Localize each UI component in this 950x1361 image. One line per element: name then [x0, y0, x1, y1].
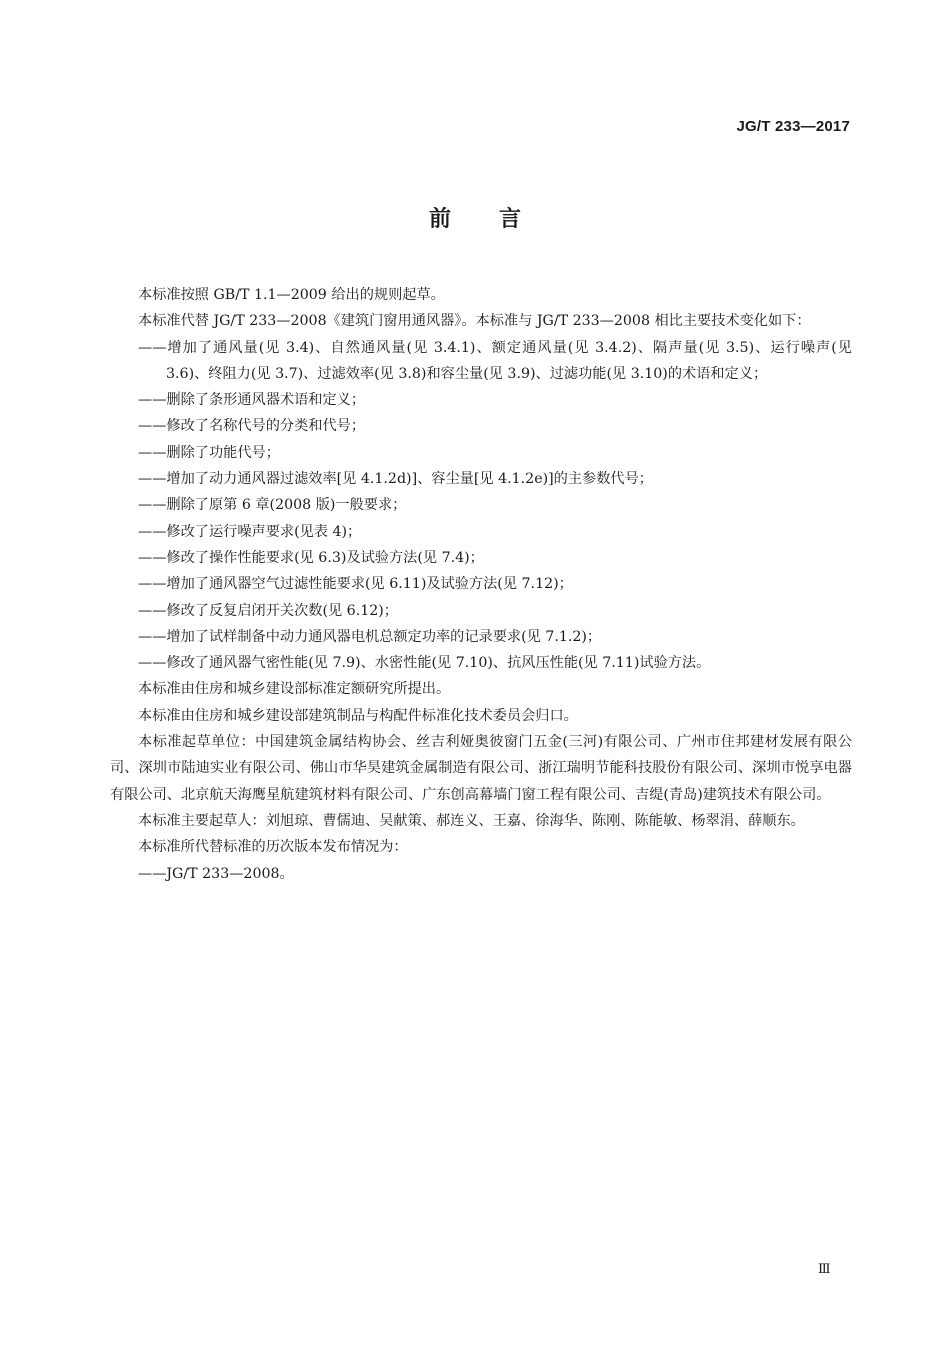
list-item: ——删除了功能代号；	[110, 440, 852, 466]
history-list: ——JG/T 233—2008。	[110, 861, 852, 887]
paragraph-drafting-rules: 本标准按照 GB/T 1.1—2009 给出的规则起草。	[110, 282, 852, 308]
document-body: 本标准按照 GB/T 1.1—2009 给出的规则起草。 本标准代替 JG/T …	[110, 282, 852, 887]
paragraph-drafting-units: 本标准起草单位：中国建筑金属结构协会、丝吉利娅奥彼窗门五金(三河)有限公司、广州…	[110, 729, 852, 808]
list-item: ——JG/T 233—2008。	[110, 861, 852, 887]
list-item: ——修改了反复启闭开关次数(见 6.12)；	[110, 598, 852, 624]
list-item: ——删除了条形通风器术语和定义；	[110, 387, 852, 413]
list-item: ——修改了运行噪声要求(见表 4)；	[110, 519, 852, 545]
list-item: ——修改了名称代号的分类和代号；	[110, 413, 852, 439]
list-item: ——修改了通风器气密性能(见 7.9)、水密性能(见 7.10)、抗风压性能(见…	[110, 650, 852, 676]
page-number: Ⅲ	[818, 1262, 831, 1277]
list-item: ——增加了试样制备中动力通风器电机总额定功率的记录要求(见 7.1.2)；	[110, 624, 852, 650]
paragraph-proposer: 本标准由住房和城乡建设部标准定额研究所提出。	[110, 676, 852, 702]
list-item: ——增加了通风器空气过滤性能要求(见 6.11)及试验方法(见 7.12)；	[110, 571, 852, 597]
changes-list: ——增加了通风量(见 3.4)、自然通风量(见 3.4.1)、额定通风量(见 3…	[110, 335, 852, 677]
paragraph-history-intro: 本标准所代替标准的历次版本发布情况为：	[110, 834, 852, 860]
page-title: 前言	[0, 202, 950, 233]
paragraph-committee: 本标准由住房和城乡建设部建筑制品与构配件标准化技术委员会归口。	[110, 703, 852, 729]
list-item: ——删除了原第 6 章(2008 版)一般要求；	[110, 492, 852, 518]
list-item: ——增加了动力通风器过滤效率[见 4.1.2d)]、容尘量[见 4.1.2e)]…	[110, 466, 852, 492]
document-code: JG/T 233—2017	[736, 118, 850, 135]
paragraph-replacement: 本标准代替 JG/T 233—2008《建筑门窗用通风器》。本标准与 JG/T …	[110, 308, 852, 334]
list-item: ——修改了操作性能要求(见 6.3)及试验方法(见 7.4)；	[110, 545, 852, 571]
paragraph-drafters: 本标准主要起草人：刘旭琼、曹儒迪、吴献策、郝连义、王嘉、徐海华、陈刚、陈能敏、杨…	[110, 808, 852, 834]
list-item: ——增加了通风量(见 3.4)、自然通风量(见 3.4.1)、额定通风量(见 3…	[110, 335, 852, 388]
